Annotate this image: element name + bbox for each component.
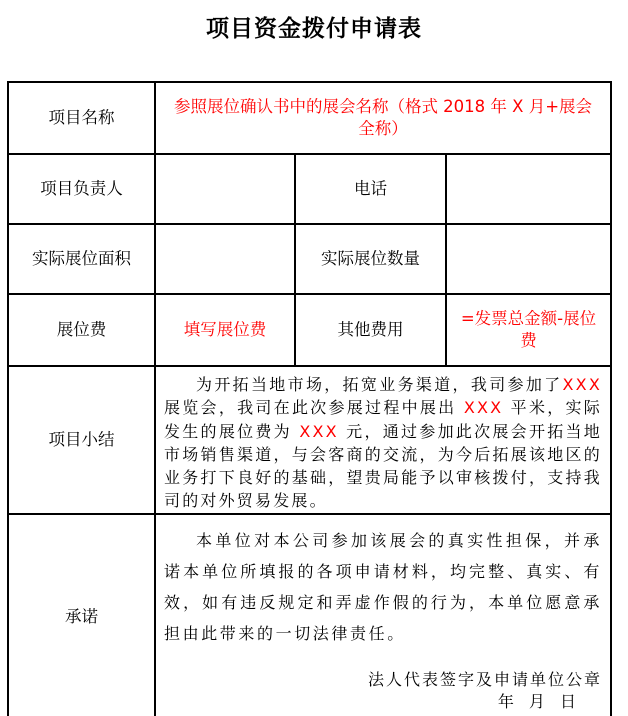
signature-line[interactable]: 法人代表签字及申请单位公章 — [164, 669, 602, 691]
row-owner-phone: 项目负责人 电话 — [8, 154, 611, 224]
summary-field[interactable]: 为开拓当地市场，拓宽业务渠道，我司参加了XXX 展览会，我司在此次参展过程中展出… — [155, 366, 611, 514]
booth-count-field[interactable] — [446, 224, 611, 294]
date-line[interactable]: 年 月 日 — [164, 691, 602, 713]
project-name-field[interactable]: 参照展位确认书中的展会名称（格式 2018 年 X 月+展会全称） — [155, 82, 611, 154]
application-form-table: 项目名称 参照展位确认书中的展会名称（格式 2018 年 X 月+展会全称） 项… — [7, 81, 612, 716]
pledge-cell: 本单位对本公司参加该展会的真实性担保，并承诺本单位所填报的各项申请材料，均完整、… — [155, 514, 611, 716]
area-label: 实际展位面积 — [8, 224, 155, 294]
phone-field[interactable] — [446, 154, 611, 224]
summary-part: 展览会，我司在此次参展过程中展出 — [164, 398, 464, 417]
phone-label: 电话 — [295, 154, 446, 224]
project-name-label: 项目名称 — [8, 82, 155, 154]
row-project-name: 项目名称 参照展位确认书中的展会名称（格式 2018 年 X 月+展会全称） — [8, 82, 611, 154]
row-fees: 展位费 填写展位费 其他费用 =发票总金额-展位费 — [8, 294, 611, 366]
row-area-count: 实际展位面积 实际展位数量 — [8, 224, 611, 294]
row-summary: 项目小结 为开拓当地市场，拓宽业务渠道，我司参加了XXX 展览会，我司在此次参展… — [8, 366, 611, 514]
other-fee-field[interactable]: =发票总金额-展位费 — [446, 294, 611, 366]
pledge-label: 承诺 — [8, 514, 155, 716]
row-pledge: 承诺 本单位对本公司参加该展会的真实性担保，并承诺本单位所填报的各项申请材料，均… — [8, 514, 611, 716]
summary-label: 项目小结 — [8, 366, 155, 514]
booth-fee-field[interactable]: 填写展位费 — [155, 294, 295, 366]
summary-placeholder-area: XXX — [464, 398, 503, 417]
page-title: 项目资金拨付申请表 — [0, 10, 628, 43]
pledge-text: 本单位对本公司参加该展会的真实性担保，并承诺本单位所填报的各项申请材料，均完整、… — [164, 525, 602, 649]
owner-field[interactable] — [155, 154, 295, 224]
summary-part: 为开拓当地市场，拓宽业务渠道，我司参加了 — [196, 375, 563, 394]
other-fee-label: 其他费用 — [295, 294, 446, 366]
booth-count-label: 实际展位数量 — [295, 224, 446, 294]
owner-label: 项目负责人 — [8, 154, 155, 224]
booth-fee-label: 展位费 — [8, 294, 155, 366]
summary-placeholder-exhibition: XXX — [563, 375, 602, 394]
summary-placeholder-fee: XXX — [299, 422, 338, 441]
area-field[interactable] — [155, 224, 295, 294]
